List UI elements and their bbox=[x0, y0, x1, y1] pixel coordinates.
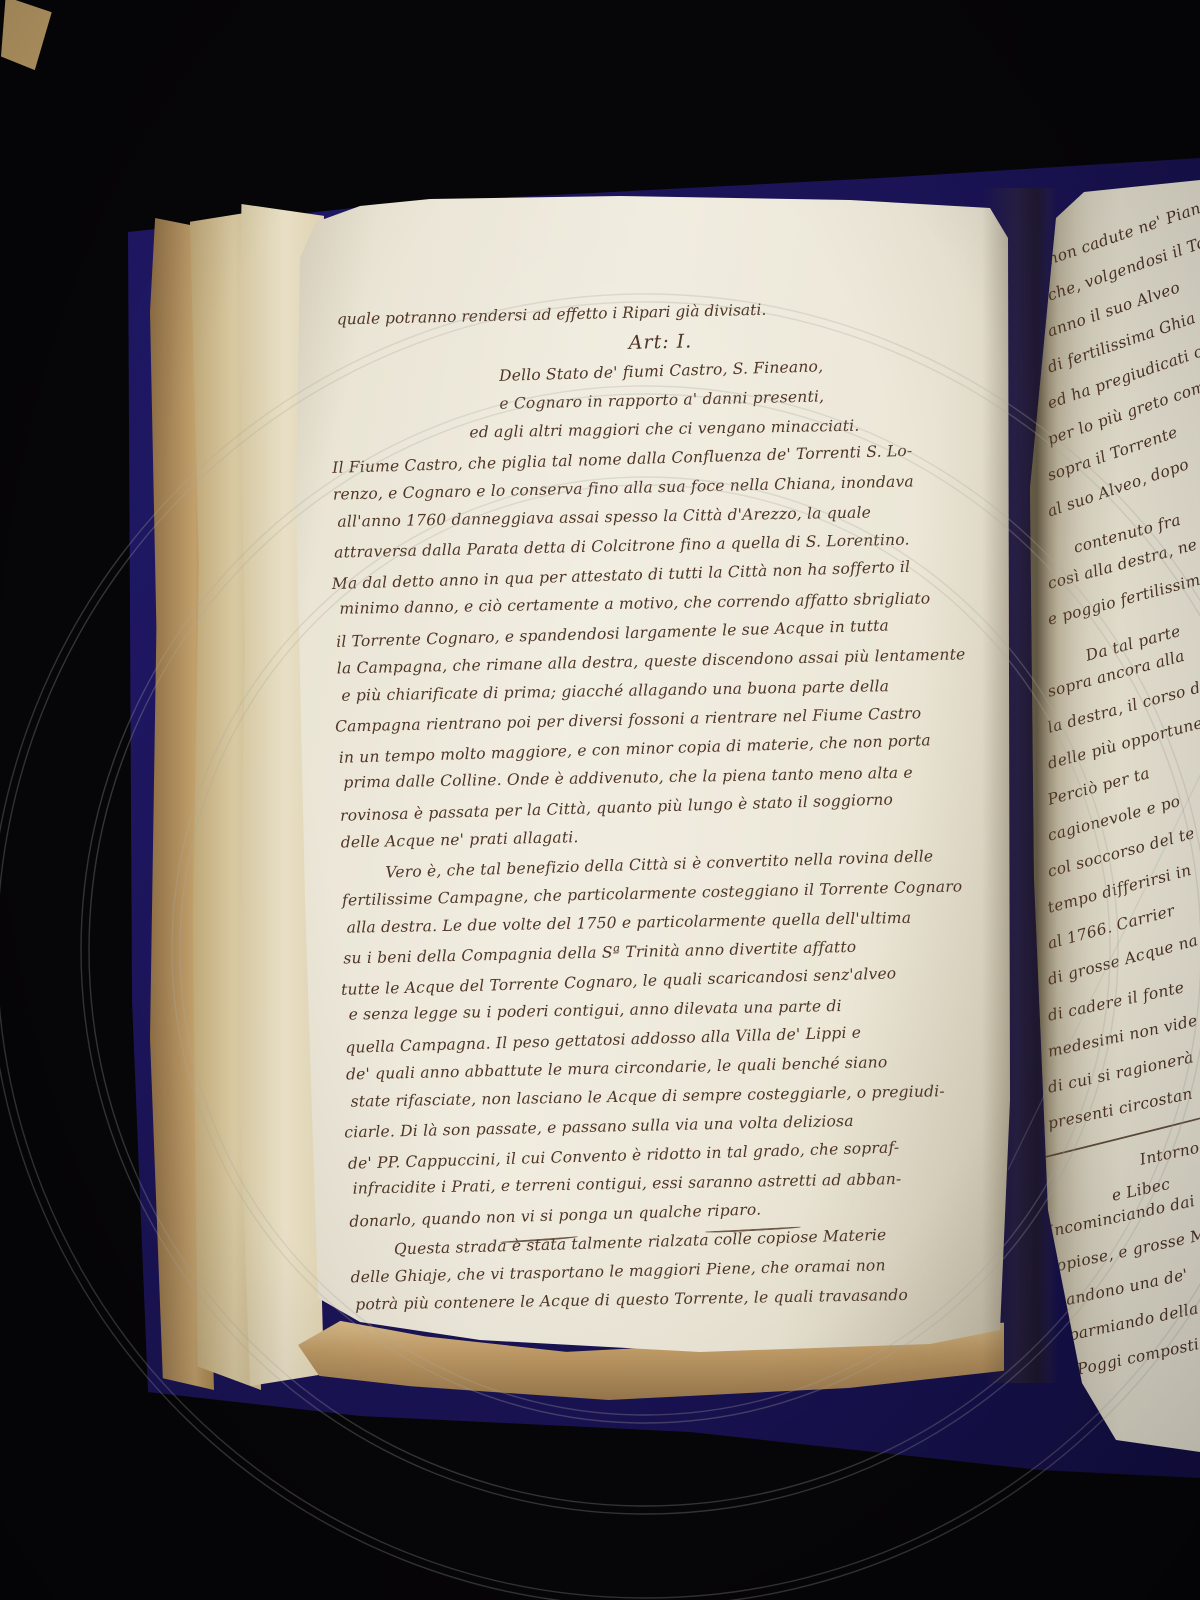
paragraph-3: Questa strada è stata talmente rialzata … bbox=[350, 1219, 1014, 1321]
paragraph-2: Vero è, che tal benefizio della Città si… bbox=[341, 842, 1011, 1234]
gutter-shadow bbox=[982, 188, 1058, 1383]
left-page: quale potranno rendersi ad effetto i Rip… bbox=[290, 196, 1010, 1368]
paragraph-1: Il Fiume Castro, che piglia tal nome dal… bbox=[332, 437, 1003, 858]
gutter-top-edge bbox=[0, 0, 53, 71]
left-page-text: quale potranno rendersi ad effetto i Rip… bbox=[329, 291, 1014, 1322]
manuscript-photo: quale potranno rendersi ad effetto i Rip… bbox=[0, 0, 1200, 1600]
right-page-text: non cadute ne' Pianiche, volgendosi il T… bbox=[1048, 242, 1200, 1394]
